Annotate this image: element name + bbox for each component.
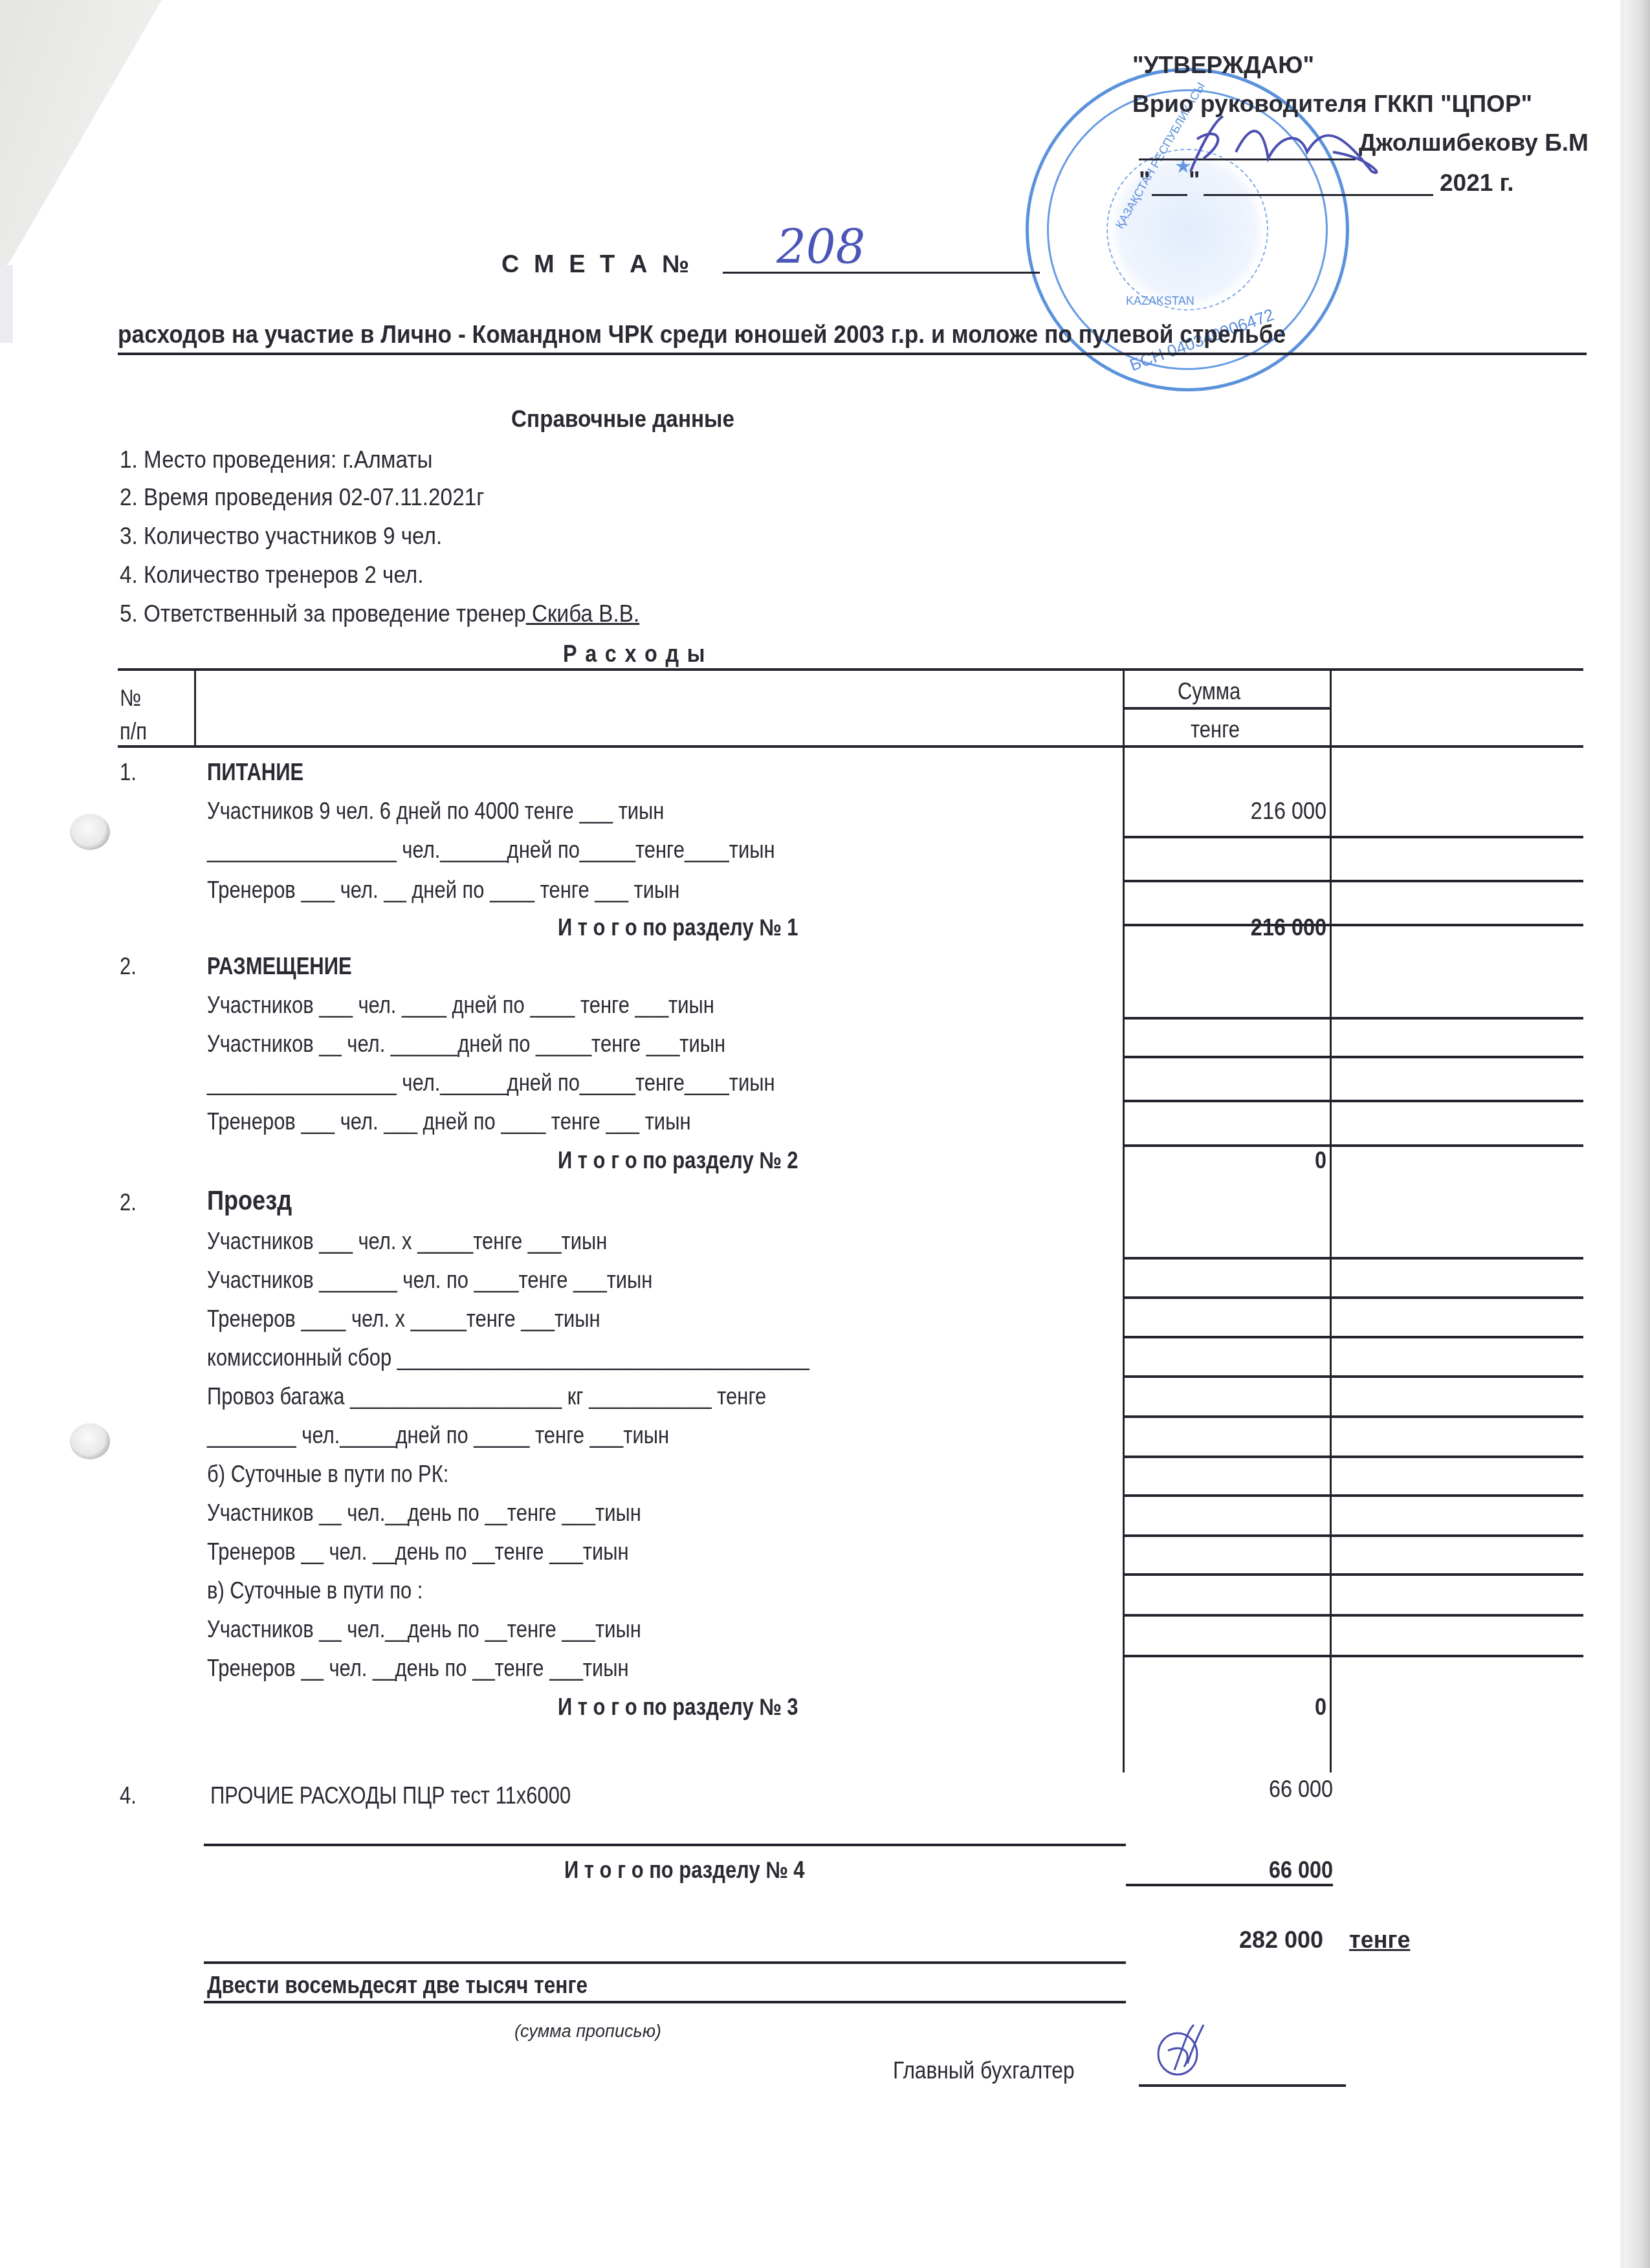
row-divider <box>1124 1655 1583 1657</box>
approval-year: 2021 г. <box>1440 169 1514 197</box>
director-signature <box>1178 113 1404 184</box>
section-total-amount: 0 <box>1140 1147 1326 1174</box>
row-divider <box>1124 1614 1583 1617</box>
paper-edge <box>0 265 13 343</box>
responsible-label: 5. Ответственный за проведение тренер <box>120 600 526 627</box>
section-total-label: И т о г о по разделу № 2 <box>558 1147 798 1174</box>
section-amount: 66 000 <box>1147 1776 1333 1803</box>
expense-row-text: б) Суточные в пути по РК: <box>207 1461 448 1488</box>
reference-item: 2. Время проведения 02-07.11.2021г <box>120 484 484 511</box>
section-total-label: И т о г о по разделу № 3 <box>558 1694 798 1721</box>
grand-total-currency: тенге <box>1349 1926 1410 1954</box>
table-top-border <box>118 668 1583 671</box>
row-divider <box>1124 836 1583 838</box>
expense-row-text: комиссионный сбор ______________________… <box>207 1344 809 1371</box>
section-number: 2. <box>120 1189 137 1216</box>
section-number: 4. <box>120 1782 137 1809</box>
section-number: 1. <box>120 759 137 786</box>
section-total-amount: 66 000 <box>1147 1857 1333 1884</box>
section-title: РАЗМЕЩЕНИЕ <box>207 953 352 980</box>
expense-row-text: Участников __ чел. ______дней по _____те… <box>207 1030 725 1058</box>
row-divider <box>1124 1056 1583 1058</box>
document-subtitle: расходов на участие в Лично - Командном … <box>118 322 1286 349</box>
date-quote-open: " <box>1139 167 1150 194</box>
col-header-currency: тенге <box>1191 716 1240 743</box>
reference-item: 3. Количество участников 9 чел. <box>120 523 442 550</box>
chief-accountant-label: Главный бухгалтер <box>893 2057 1075 2084</box>
row-divider <box>1124 1017 1583 1020</box>
expense-row-text: Тренеров ____ чел. х _____тенге ___тиын <box>207 1305 600 1333</box>
section-total-label: И т о г о по разделу № 4 <box>564 1857 805 1884</box>
reference-heading: Справочные данные <box>511 406 734 433</box>
grand-total: 282 000 <box>1239 1926 1323 1954</box>
expense-row-text: Участников _______ чел. по ____тенге ___… <box>207 1267 652 1294</box>
subtitle-underline <box>118 353 1587 355</box>
section-total-amount: 0 <box>1140 1694 1326 1721</box>
responsible-name: Скиба В.В. <box>526 600 639 627</box>
expense-row-text: Участников 9 чел. 6 дней по 4000 тенге _… <box>207 798 664 825</box>
expense-row-text: Тренеров __ чел. __день по __тенге ___ти… <box>207 1538 629 1565</box>
expense-row-text: в) Суточные в пути по : <box>207 1577 423 1604</box>
row-divider <box>1124 880 1583 882</box>
row-divider <box>1124 1415 1583 1418</box>
row-divider <box>1124 1257 1583 1259</box>
number-blank <box>723 272 1040 274</box>
expense-row-text: Участников __ чел.__день по __тенге ___т… <box>207 1499 641 1527</box>
expense-row-text: Тренеров ___ чел. __ дней по ____ тенге … <box>207 877 679 904</box>
approval-heading: "УТВЕРЖДАЮ" <box>1132 52 1314 79</box>
sum-header-divider <box>1123 707 1330 710</box>
reference-item: 1. Место проведения: г.Алматы <box>120 446 432 474</box>
header-bottom-border <box>118 745 1583 748</box>
section-number: 2. <box>120 953 137 980</box>
row-divider <box>1124 1375 1583 1378</box>
chief-accountant-signature <box>1149 2018 1226 2083</box>
row-divider <box>1124 924 1583 926</box>
expense-row-text: Провоз багажа ___________________ кг ___… <box>207 1383 766 1410</box>
document-title: С М Е Т А № <box>501 251 693 279</box>
expense-row-text: Участников ___ чел. х _____тенге ___тиын <box>207 1228 607 1255</box>
stamp-emblem-label: KAZAKSTAN <box>1126 294 1194 308</box>
row-divider <box>1124 1100 1583 1102</box>
expense-row-text: Тренеров ___ чел. ___ дней по ____ тенге… <box>207 1108 691 1135</box>
expense-row-text: _________________ чел.______дней по_____… <box>207 1069 775 1096</box>
document-number: 208 <box>776 220 865 274</box>
expense-row-text: Участников ___ чел. ____ дней по ____ те… <box>207 992 714 1019</box>
amount-in-words-line <box>204 2001 1126 2003</box>
expense-row-text: _________________ чел.______дней по_____… <box>207 836 775 864</box>
punch-hole <box>70 814 110 850</box>
date-month-blank <box>1204 194 1433 196</box>
num-column-divider <box>194 670 196 747</box>
expense-row-text: ________ чел._____дней по _____ тенге __… <box>207 1422 669 1449</box>
row-divider <box>1124 1456 1583 1458</box>
section-title: ПРОЧИЕ РАСХОДЫ ПЦР тест 11х6000 <box>210 1782 571 1809</box>
grand-total-line <box>204 1961 1126 1964</box>
scanner-edge <box>1624 0 1650 2268</box>
sum-column-right <box>1330 670 1332 1772</box>
row-divider <box>1124 1144 1583 1147</box>
row-divider <box>1124 1336 1583 1338</box>
expense-row-text: Участников __ чел.__день по __тенге ___т… <box>207 1616 641 1643</box>
section-total-label: И т о г о по разделу № 1 <box>558 914 798 941</box>
row-divider <box>1124 1573 1583 1576</box>
row-divider <box>1124 1534 1583 1537</box>
amount-in-words-caption: (сумма прописью) <box>514 2022 661 2042</box>
amount-in-words: Двести восемьдесят две тысяч тенге <box>207 1972 588 1999</box>
section-title: ПИТАНИЕ <box>207 759 303 786</box>
reference-item-responsible: 5. Ответственный за проведение тренер Ск… <box>120 600 639 627</box>
reference-item: 4. Количество тренеров 2 чел. <box>120 562 424 589</box>
row-divider <box>1124 1494 1583 1497</box>
row-divider <box>1124 1296 1583 1299</box>
section4-total-underline <box>1126 1884 1333 1886</box>
chief-accountant-signature-line <box>1139 2084 1346 2087</box>
folded-corner <box>0 0 168 272</box>
punch-hole <box>70 1423 110 1459</box>
col-header-sum: Сумма <box>1178 678 1240 705</box>
expenses-heading: Р а с х о д ы <box>563 640 706 668</box>
col-header-num-2: п/п <box>120 718 147 745</box>
sum-column-left <box>1123 670 1125 1772</box>
expense-row-text: Тренеров __ чел. __день по __тенге ___ти… <box>207 1655 629 1682</box>
col-header-num: № <box>120 684 141 712</box>
date-day-blank <box>1152 194 1187 196</box>
expense-row-amount: 216 000 <box>1140 798 1326 825</box>
paper-edge-right <box>1620 0 1624 2268</box>
section-title: Проезд <box>207 1185 292 1216</box>
section4-line <box>204 1844 1126 1846</box>
section-total-amount: 216 000 <box>1140 914 1326 941</box>
